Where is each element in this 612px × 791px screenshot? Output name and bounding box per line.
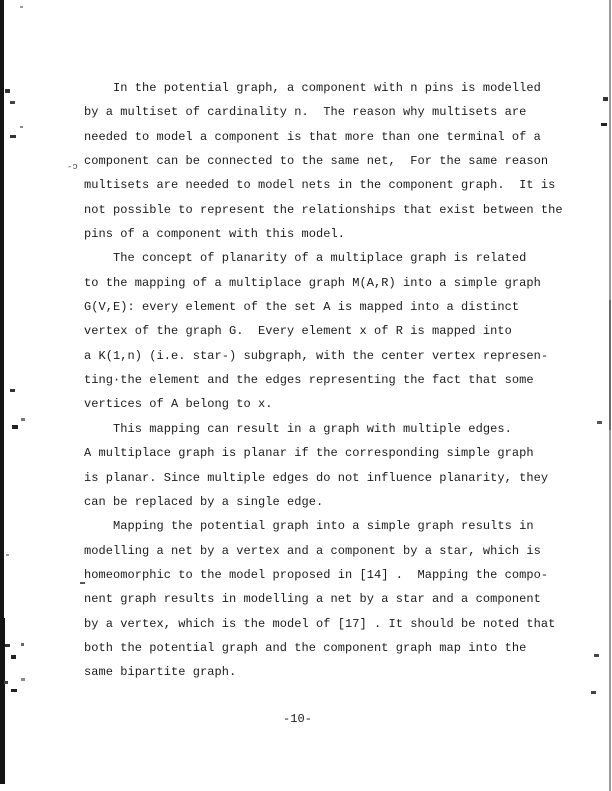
scan-speck (5, 644, 10, 647)
text-line: vertices of A belong to x. (84, 392, 589, 416)
scan-speck (11, 655, 16, 659)
scan-speck (591, 691, 596, 694)
text-line: homeomorphic to the model proposed in [1… (84, 563, 589, 587)
scan-speck (11, 689, 17, 692)
handwritten-margin-mark: -ɔ (67, 162, 78, 173)
text-line: G(V,E): every element of the set A is ma… (84, 295, 589, 319)
text-line: A multiplace graph is planar if the corr… (84, 441, 589, 465)
scan-speck (601, 123, 607, 126)
scan-speck (20, 6, 23, 8)
text-line: needed to model a component is that more… (84, 125, 589, 149)
text-line: In the potential graph, a component with… (84, 76, 589, 100)
text-line: vertex of the graph G. Every element x o… (84, 319, 589, 343)
scanned-page: -ɔ In the potential graph, a component w… (0, 0, 612, 791)
scan-edge-left-wide (0, 618, 5, 784)
scan-speck (597, 421, 602, 424)
scan-speck (21, 678, 25, 681)
text-line: The concept of planarity of a multiplace… (84, 246, 589, 270)
scan-speck (20, 126, 23, 128)
text-line: Mapping the potential graph into a simpl… (84, 514, 589, 538)
scan-speck (603, 97, 608, 101)
text-line: not possible to represent the relationsh… (84, 198, 589, 222)
text-line: pins of a component with this model. (84, 222, 589, 246)
text-line: a K(1,n) (i.e. star-) subgraph, with the… (84, 344, 589, 368)
text-line: component can be connected to the same n… (84, 149, 589, 173)
text-line: to the mapping of a multiplace graph M(A… (84, 271, 589, 295)
text-line: multisets are needed to model nets in th… (84, 173, 589, 197)
text-line: both the potential graph and the compone… (84, 636, 589, 660)
scan-speck (12, 425, 18, 429)
text-line: by a vertex, which is the model of [17] … (84, 612, 589, 636)
text-line: nent graph results in modelling a net by… (84, 587, 589, 611)
scan-speck (10, 389, 15, 392)
text-line: can be replaced by a single edge. (84, 490, 589, 514)
scan-edge-right-dark (609, 300, 612, 430)
text-line: ting·the element and the edges represent… (84, 368, 589, 392)
text-line: modelling a net by a vertex and a compon… (84, 539, 589, 563)
scan-speck (6, 554, 9, 556)
scan-speck (4, 681, 8, 684)
text-line: is planar. Since multiple edges do not i… (84, 466, 589, 490)
scan-speck (10, 135, 16, 138)
text-line: same bipartite graph. (84, 660, 589, 684)
scan-speck (5, 89, 10, 93)
scan-speck (21, 418, 25, 421)
body-text: In the potential graph, a component with… (84, 76, 589, 685)
scan-speck (10, 101, 15, 104)
scan-speck (594, 654, 599, 657)
page-number: -10- (283, 712, 312, 726)
text-line: by a multiset of cardinality n. The reas… (84, 100, 589, 124)
scan-speck (21, 643, 24, 646)
text-line: This mapping can result in a graph with … (84, 417, 589, 441)
